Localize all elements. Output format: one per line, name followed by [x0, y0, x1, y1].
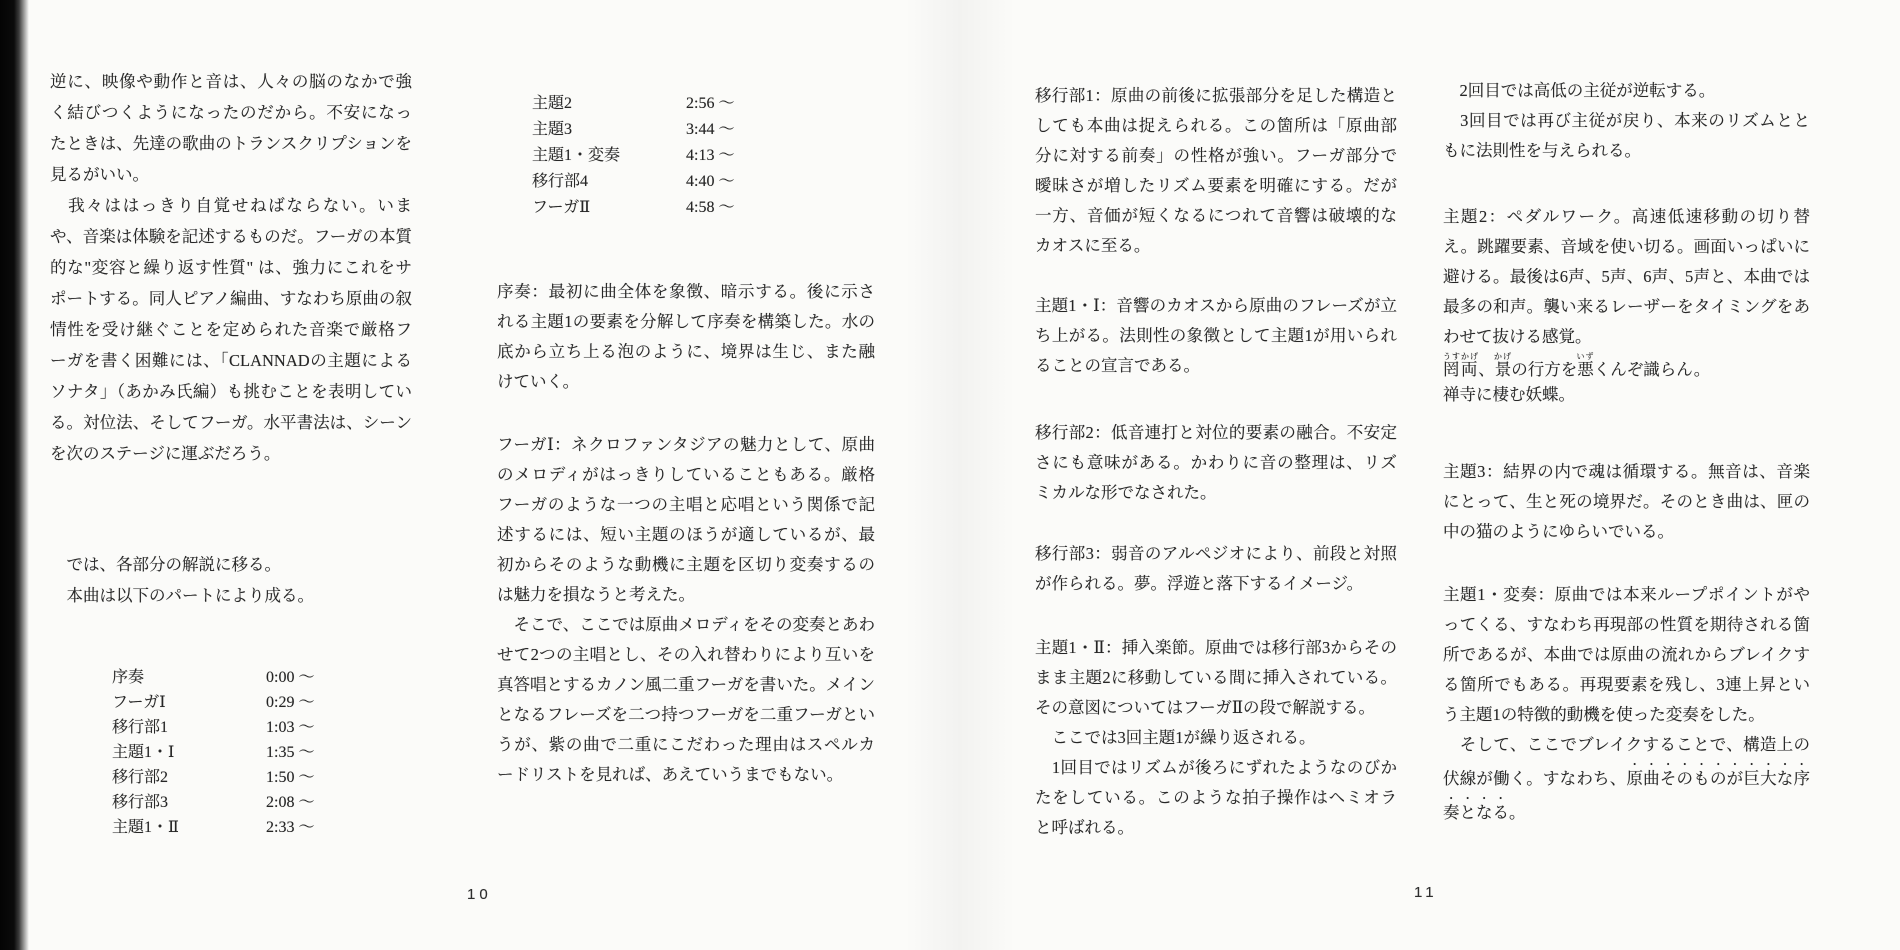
paragraph: 序奏：最初に曲全体を象徴、暗示する。後に示される主題1の要素を分解して序奏を構築… [497, 277, 875, 397]
page10-column-right: 主題22:56 ～主題33:44 ～主題1・変奏4:13 ～移行部44:40 ～… [497, 91, 875, 790]
timeline-row: 移行部44:40 ～ [532, 169, 875, 195]
scan-left-edge [0, 0, 30, 950]
paragraph: 我々ははっきり自覚せねばならない。いまや、音楽は体験を記述するものだ。フーガの本… [50, 190, 412, 469]
section-label: フーガⅡ [532, 195, 686, 221]
timeline-row: フーガⅡ4:58 ～ [532, 195, 875, 221]
section-label: 主題3 [532, 117, 686, 143]
section-time: 1:03 ～ [266, 715, 314, 740]
section-label: フーガⅠ [112, 690, 266, 715]
paragraph: 主題1・変奏：原曲では本来ループポイントがやってくる、すなわち再現部の性質を期待… [1443, 580, 1810, 730]
section-time: 2:08 ～ [266, 790, 314, 815]
timeline-row: 移行部21:50 ～ [112, 765, 412, 790]
paragraph: 主題2：ペダルワーク。高速低速移動の切り替え。跳躍要素、音域を使い切る。画面いっ… [1443, 202, 1810, 352]
section-label: 移行部2 [112, 765, 266, 790]
paragraph: 禅寺に棲む妖蝶。 [1443, 380, 1810, 410]
ruby-annotated-text: 景かげ [1495, 360, 1512, 379]
section-time: 4:40 ～ [686, 169, 734, 195]
paragraph: では、各部分の解説に移る。 [50, 549, 412, 580]
timeline-table: 主題22:56 ～主題33:44 ～主題1・変奏4:13 ～移行部44:40 ～… [497, 91, 875, 221]
paragraph: 1回目ではリズムが後ろにずれたようなのびかたをしている。このような拍子操作はヘミ… [1035, 753, 1397, 843]
paragraph: 移行部1：原曲の前後に拡張部分を足した構造としても本曲は捉えられる。この箇所は「… [1035, 81, 1397, 261]
section-label: 主題1・Ⅰ [112, 740, 266, 765]
paragraph: 3回目では再び主従が戻り、本来のリズムとともに法則性を与えられる。 [1443, 106, 1810, 166]
paragraph: 本曲は以下のパートにより成る。 [50, 580, 412, 611]
ruby-annotated-text: 悪いず [1577, 360, 1594, 379]
section-time: 1:50 ～ [266, 765, 314, 790]
page11-column-right: 2回目では高低の主従が逆転する。 3回目では再び主従が戻り、本来のリズムとともに… [1443, 76, 1810, 828]
timeline-row: 主題1・Ⅱ2:33 ～ [112, 815, 412, 840]
paragraph: 移行部2：低音連打と対位的要素の融合。不安定さにも意味がある。かわりに音の整理は… [1035, 418, 1397, 508]
page11-column-left: 移行部1：原曲の前後に拡張部分を足した構造としても本曲は捉えられる。この箇所は「… [1035, 81, 1397, 843]
timeline-row: 主題33:44 ～ [532, 117, 875, 143]
section-time: 4:58 ～ [686, 195, 734, 221]
paragraph: そして、ここでブレイクすることで、構造上の伏線が働く。すなわち、原曲そのものが巨… [1443, 730, 1810, 828]
paragraph: 主題1・Ⅰ：音響のカオスから原曲のフレーズが立ち上がる。法則性の象徴として主題1… [1035, 291, 1397, 381]
paragraph: 逆に、映像や動作と音は、人々の脳のなかで強く結びつくようになったのだから。不安に… [50, 66, 412, 190]
section-time: 2:33 ～ [266, 815, 314, 840]
timeline-row: 移行部11:03 ～ [112, 715, 412, 740]
page-number-10: 10 [467, 886, 492, 903]
section-time: 1:35 ～ [266, 740, 314, 765]
page-gutter-shadow [905, 0, 1015, 950]
section-label: 移行部1 [112, 715, 266, 740]
section-time: 3:44 ～ [686, 117, 734, 143]
timeline-row: フーガⅠ0:29 ～ [112, 690, 412, 715]
timeline-table: 序奏0:00 ～フーガⅠ0:29 ～移行部11:03 ～主題1・Ⅰ1:35 ～移… [50, 665, 412, 840]
page10-column-left: 逆に、映像や動作と音は、人々の脳のなかで強く結びつくようになったのだから。不安に… [50, 66, 412, 840]
section-label: 移行部4 [532, 169, 686, 195]
ruby-annotated-text: 罔両うすかげ [1443, 360, 1478, 379]
section-time: 2:56 ～ [686, 91, 734, 117]
section-label: 主題2 [532, 91, 686, 117]
section-time: 4:13 ～ [686, 143, 734, 169]
timeline-row: 移行部32:08 ～ [112, 790, 412, 815]
paragraph: 罔両うすかげ、景かげの行方を悪いずくんぞ識らん。 [1443, 352, 1810, 380]
paragraph: 主題1・Ⅱ：挿入楽節。原曲では移行部3からそのまま主題2に移動している間に挿入さ… [1035, 633, 1397, 723]
paragraph: そこで、ここでは原曲メロディをその変奏とあわせて2つの主唱とし、その入れ替わりに… [497, 610, 875, 790]
paragraph: 2回目では高低の主従が逆転する。 [1443, 76, 1810, 106]
timeline-row: 主題22:56 ～ [532, 91, 875, 117]
page-number-11: 11 [1414, 884, 1438, 901]
timeline-row: 主題1・変奏4:13 ～ [532, 143, 875, 169]
book-spread-scan: 逆に、映像や動作と音は、人々の脳のなかで強く結びつくようになったのだから。不安に… [0, 0, 1900, 950]
emphasized-text: 原曲そのものが巨大な序奏となる [1443, 769, 1810, 822]
paragraph: 移行部3：弱音のアルペジオにより、前段と対照が作られる。夢。浮遊と落下するイメー… [1035, 539, 1397, 599]
section-label: 移行部3 [112, 790, 266, 815]
paragraph: フーガⅠ：ネクロファンタジアの魅力として、原曲のメロディがはっきりしていることも… [497, 430, 875, 610]
section-label: 序奏 [112, 665, 266, 690]
section-time: 0:00 ～ [266, 665, 314, 690]
section-label: 主題1・変奏 [532, 143, 686, 169]
paragraph: 主題3：結界の内で魂は循環する。無音は、音楽にとって、生と死の境界だ。そのとき曲… [1443, 457, 1810, 547]
section-time: 0:29 ～ [266, 690, 314, 715]
timeline-row: 主題1・Ⅰ1:35 ～ [112, 740, 412, 765]
timeline-row: 序奏0:00 ～ [112, 665, 412, 690]
paragraph: ここでは3回主題1が繰り返される。 [1035, 723, 1397, 753]
section-label: 主題1・Ⅱ [112, 815, 266, 840]
